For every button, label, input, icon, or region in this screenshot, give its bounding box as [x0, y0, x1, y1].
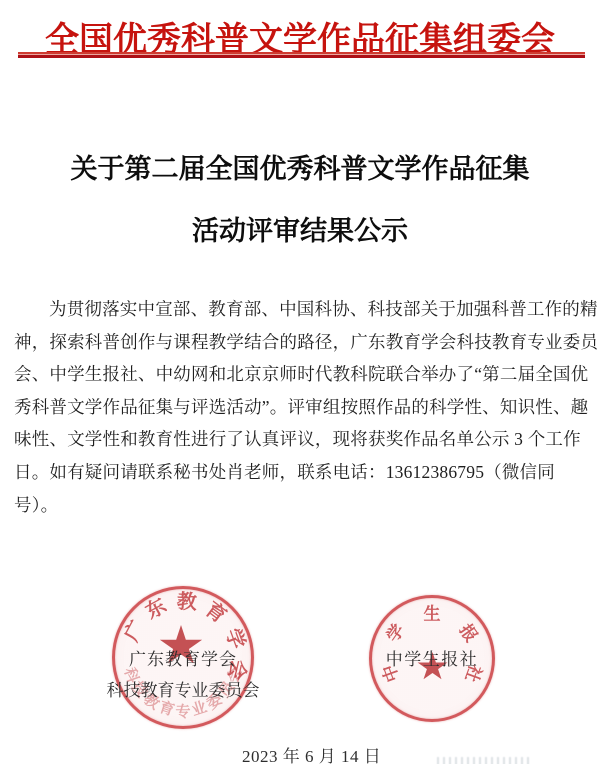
stamp-right-overlay: 中学生报社: [344, 645, 520, 670]
body-paragraph: 为贯彻落实中宣部、教育部、中国科协、科技部关于加强科普工作的精神，探索科普创作与…: [14, 293, 588, 521]
stamp-arc-char: 学: [379, 617, 409, 645]
stamp-left-overlay-line1: 广东教育学会: [98, 645, 268, 670]
body-line: 号）。: [14, 489, 588, 522]
stamp-arc-char: 专: [175, 701, 190, 722]
body-line: 会、中学生报社、中幼网和北京京师时代教科院联合举办了“第二届全国优: [14, 358, 588, 391]
header-divider: [18, 52, 585, 58]
stamp-arc-char: 育: [201, 594, 234, 629]
stamp-arc-char: 报: [455, 617, 485, 645]
faint-watermark: [437, 757, 532, 764]
document-page: 全国优秀科普文学作品征集组委会 关于第二届全国优秀科普文学作品征集 活动评审结果…: [0, 0, 600, 764]
stamp-arc-char: 东: [140, 590, 172, 625]
body-line: 味性、文学性和教育性进行了认真评议，现将获奖作品名单公示 3 个工作: [14, 423, 588, 456]
doc-date: 2023 年 6 月 14 日: [242, 742, 381, 764]
body-line: 神，探索科普创作与课程教学结合的路径，广东教育学会科技教育专业委员: [14, 326, 588, 359]
stamp-arc-char: 生: [424, 600, 441, 625]
body-line: 为贯彻落实中宣部、教育部、中国科协、科技部关于加强科普工作的精: [14, 293, 588, 326]
stamp-left-overlay-line2: 科技教育专业委员会: [93, 676, 273, 701]
doc-title-line1: 关于第二届全国优秀科普文学作品征集: [0, 147, 600, 186]
stamp-arc-char: 广: [115, 615, 150, 646]
body-line: 日。如有疑问请联系秘书处肖老师，联系电话：13612386795（微信同: [14, 456, 588, 489]
body-line: 秀科普文学作品征集与评选活动”。评审组按照作品的科学性、知识性、趣: [14, 391, 588, 424]
doc-title-line2: 活动评审结果公示: [0, 209, 600, 248]
stamp-arc-char: 教: [176, 585, 198, 615]
